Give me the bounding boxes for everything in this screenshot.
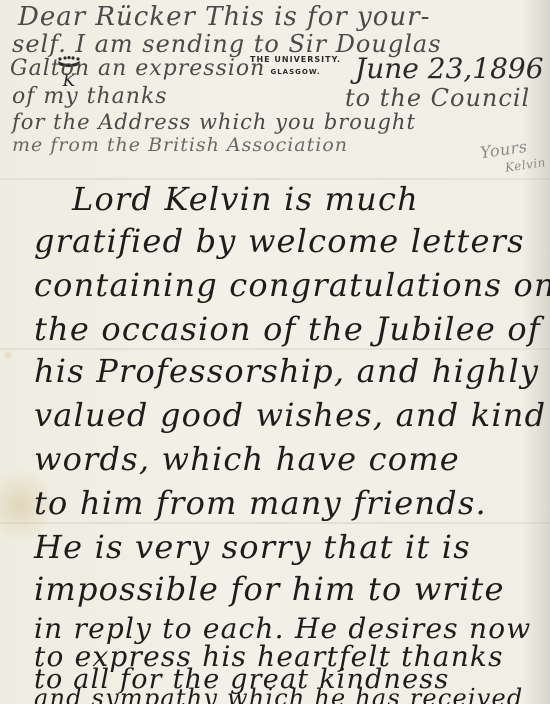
- paper-fold-line: [0, 348, 550, 350]
- body-line: valued good wishes, and kind: [34, 396, 546, 434]
- letter-date: June 23,1896: [355, 52, 544, 85]
- body-line: Lord Kelvin is much: [72, 180, 419, 218]
- letter-page: K THE UNIVERSITY. GLASGOW. Dear Rücker T…: [0, 0, 550, 704]
- signoff-kelvin: Kelvin: [504, 155, 546, 175]
- body-line: to him from many friends.: [34, 484, 487, 522]
- postscript-line: to the Council: [345, 84, 530, 112]
- postscript-line: of my thanks: [12, 84, 168, 109]
- body-line: gratified by welcome letters: [34, 222, 525, 260]
- body-line: the occasion of the Jubilee of: [34, 310, 541, 348]
- body-line: He is very sorry that it is: [34, 528, 471, 566]
- body-line: impossible for him to write: [34, 570, 505, 608]
- body-line: his Professorship, and highly: [34, 352, 539, 390]
- paper-stain: [2, 350, 14, 360]
- postscript-line: me from the British Association: [12, 134, 348, 156]
- body-line: containing congratulations on: [34, 266, 550, 304]
- body-line: words, which have come: [34, 440, 460, 478]
- postscript-line: for the Address which you brought: [12, 110, 416, 134]
- paper-fold-line: [0, 522, 550, 524]
- body-line: and sympathy which he has received: [34, 684, 523, 704]
- postscript-line: Dear Rücker This is for your-: [18, 2, 430, 32]
- postscript-line: Galton an expression: [10, 56, 265, 81]
